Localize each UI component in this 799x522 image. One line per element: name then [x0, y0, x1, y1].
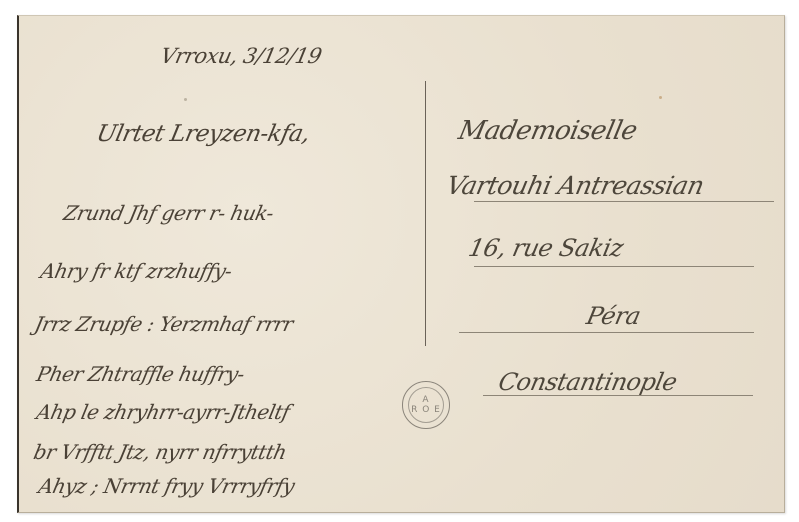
- message-line: Ahp le zhryhrr-ayrr-Jtheltf: [34, 400, 291, 424]
- embossed-stamp-icon: A R O E: [402, 381, 450, 429]
- address-line-5: Constantinople: [496, 368, 679, 396]
- salutation: Ulrtet Lreyzen-kfa,: [94, 121, 312, 147]
- address-rule-4: [483, 395, 753, 396]
- place-date: Vrroxu, 3/12/19: [158, 44, 323, 68]
- message-line: Ahry fr ktf zrzhuffy-: [38, 259, 234, 283]
- message-line: br Vrfftt Jtz, nyrr nfrryttth: [31, 440, 288, 464]
- address-rule-3: [459, 332, 754, 333]
- address-rule-1: [474, 201, 774, 202]
- address-line-4: Péra: [584, 302, 643, 330]
- address-line-2: Vartouhi Antreassian: [444, 171, 707, 200]
- message-line: Pher Zhtraffle huffry-: [34, 362, 246, 386]
- center-divider: [425, 81, 426, 346]
- paper-speck: [184, 98, 187, 101]
- message-line: Ahyz ; Nrrnt fryy Vrrryfrfy: [36, 474, 296, 498]
- address-line-1: Mademoiselle: [456, 116, 640, 146]
- address-rule-2: [474, 266, 754, 267]
- stamp-label-bottom: R O E: [411, 405, 441, 415]
- message-line: Zrund Jhf gerr r- huk-: [61, 201, 275, 225]
- postcard: Vrroxu, 3/12/19 Ulrtet Lreyzen-kfa, Zrun…: [17, 15, 785, 513]
- message-line: Jrrz Zrupfe : Yerzmhaf rrrr: [32, 312, 295, 336]
- paper-speck: [659, 96, 662, 99]
- stamp-label-top: A: [411, 395, 441, 405]
- address-line-3: 16, rue Sakiz: [466, 234, 626, 262]
